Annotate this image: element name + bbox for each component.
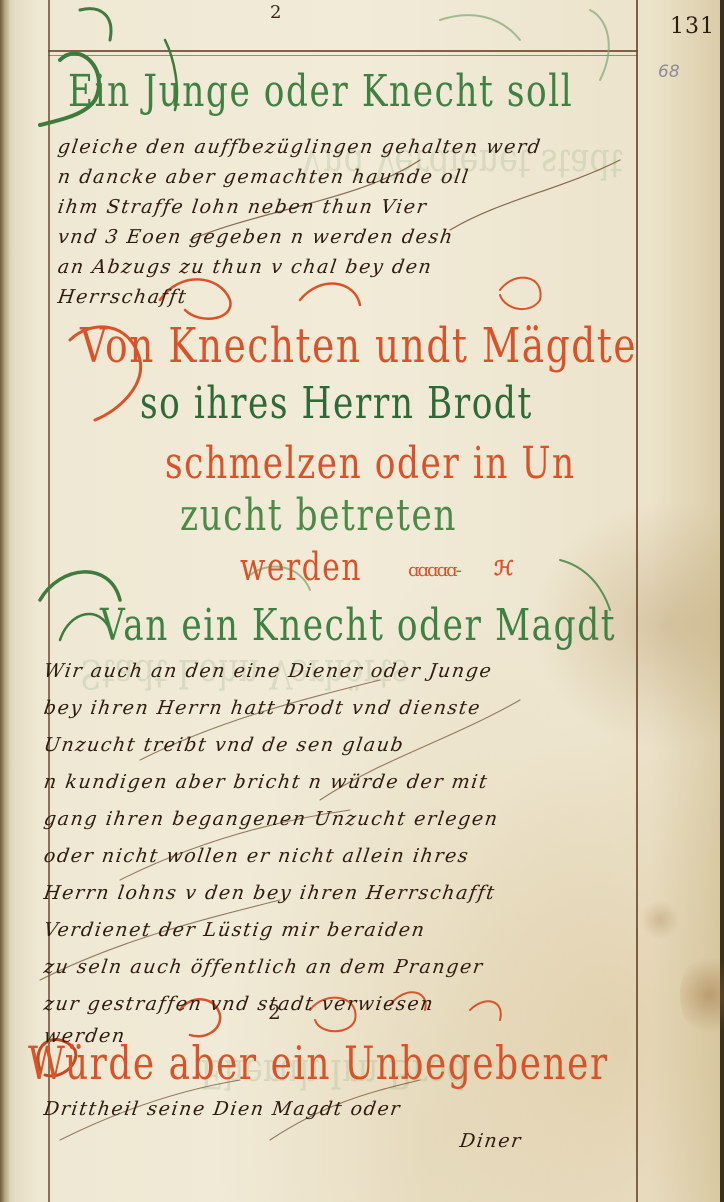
section-heading-line: Von Knechten undt Mägdte xyxy=(80,318,637,374)
text-line: Diner xyxy=(458,1130,523,1152)
text-line: gleiche den auffbezüglingen gehalten wer… xyxy=(56,136,543,158)
text-line: Drittheil seine Dien Magdt oder xyxy=(42,1098,402,1120)
text-line: n dancke aber gemachten haunde oll xyxy=(56,166,471,188)
text-line: zur gestraffen vnd stadt verwiesen xyxy=(42,993,435,1015)
pencil-folio-number: 68 xyxy=(658,62,680,82)
text-line: Herrschafft xyxy=(56,286,188,308)
binding-gutter xyxy=(0,0,10,1202)
folio-number: 131 xyxy=(670,14,715,39)
text-line: an Abzugs zu thun v chal bey den xyxy=(56,256,434,278)
manuscript-page: Vnd Verdienet stadt Stadt Lohn Verhörts … xyxy=(0,0,724,1202)
text-line: Wir auch an den eine Diener oder Junge xyxy=(42,660,494,682)
stain xyxy=(680,950,724,1040)
top-rule-double xyxy=(48,55,638,56)
text-line: ihm Straffe lohn neben thun Vier xyxy=(56,196,428,218)
top-rule xyxy=(48,50,638,52)
stain xyxy=(640,900,680,940)
text-line: vnd 3 Eoen gegeben n werden desh xyxy=(56,226,455,248)
text-line: n kundigen aber bricht n würde der mit xyxy=(42,771,489,793)
section-heading: Würde aber ein Unbegebener xyxy=(28,1036,609,1090)
quire-mark-top: 2 xyxy=(270,2,281,23)
text-line: bey ihren Herrn hatt brodt vnd dienste xyxy=(42,697,482,719)
section-heading-line: so ihres Herrn Brodt xyxy=(140,378,533,429)
text-line: Unzucht treibt vnd de sen glaub xyxy=(42,734,405,756)
text-line: oder nicht wollen er nicht allein ihres xyxy=(42,845,470,867)
right-margin-rule xyxy=(636,0,638,1202)
section-heading: Ein Junge oder Knecht soll xyxy=(68,66,573,117)
section-heading-line: werden xyxy=(240,545,362,589)
line-filler-ornament-icon: ɑɑɑɑɑ- xyxy=(408,560,460,581)
text-line: Herrn lohns v den bey ihren Herrschafft xyxy=(42,882,497,904)
section-heading-line: zucht betreten xyxy=(180,490,457,541)
section-heading-line: schmelzen oder in Un xyxy=(165,438,576,489)
text-line: Verdienet der Lüstig mir beraiden xyxy=(42,919,427,941)
paragraph-mark-icon: ℋ xyxy=(494,556,514,580)
text-line: zu seln auch öffentlich an dem Pranger xyxy=(42,956,485,978)
section-heading: Van ein Knecht oder Magdt xyxy=(100,600,616,651)
text-line: gang ihren begangenen Unzucht erlegen xyxy=(42,808,500,830)
left-margin-rule xyxy=(48,0,50,1202)
